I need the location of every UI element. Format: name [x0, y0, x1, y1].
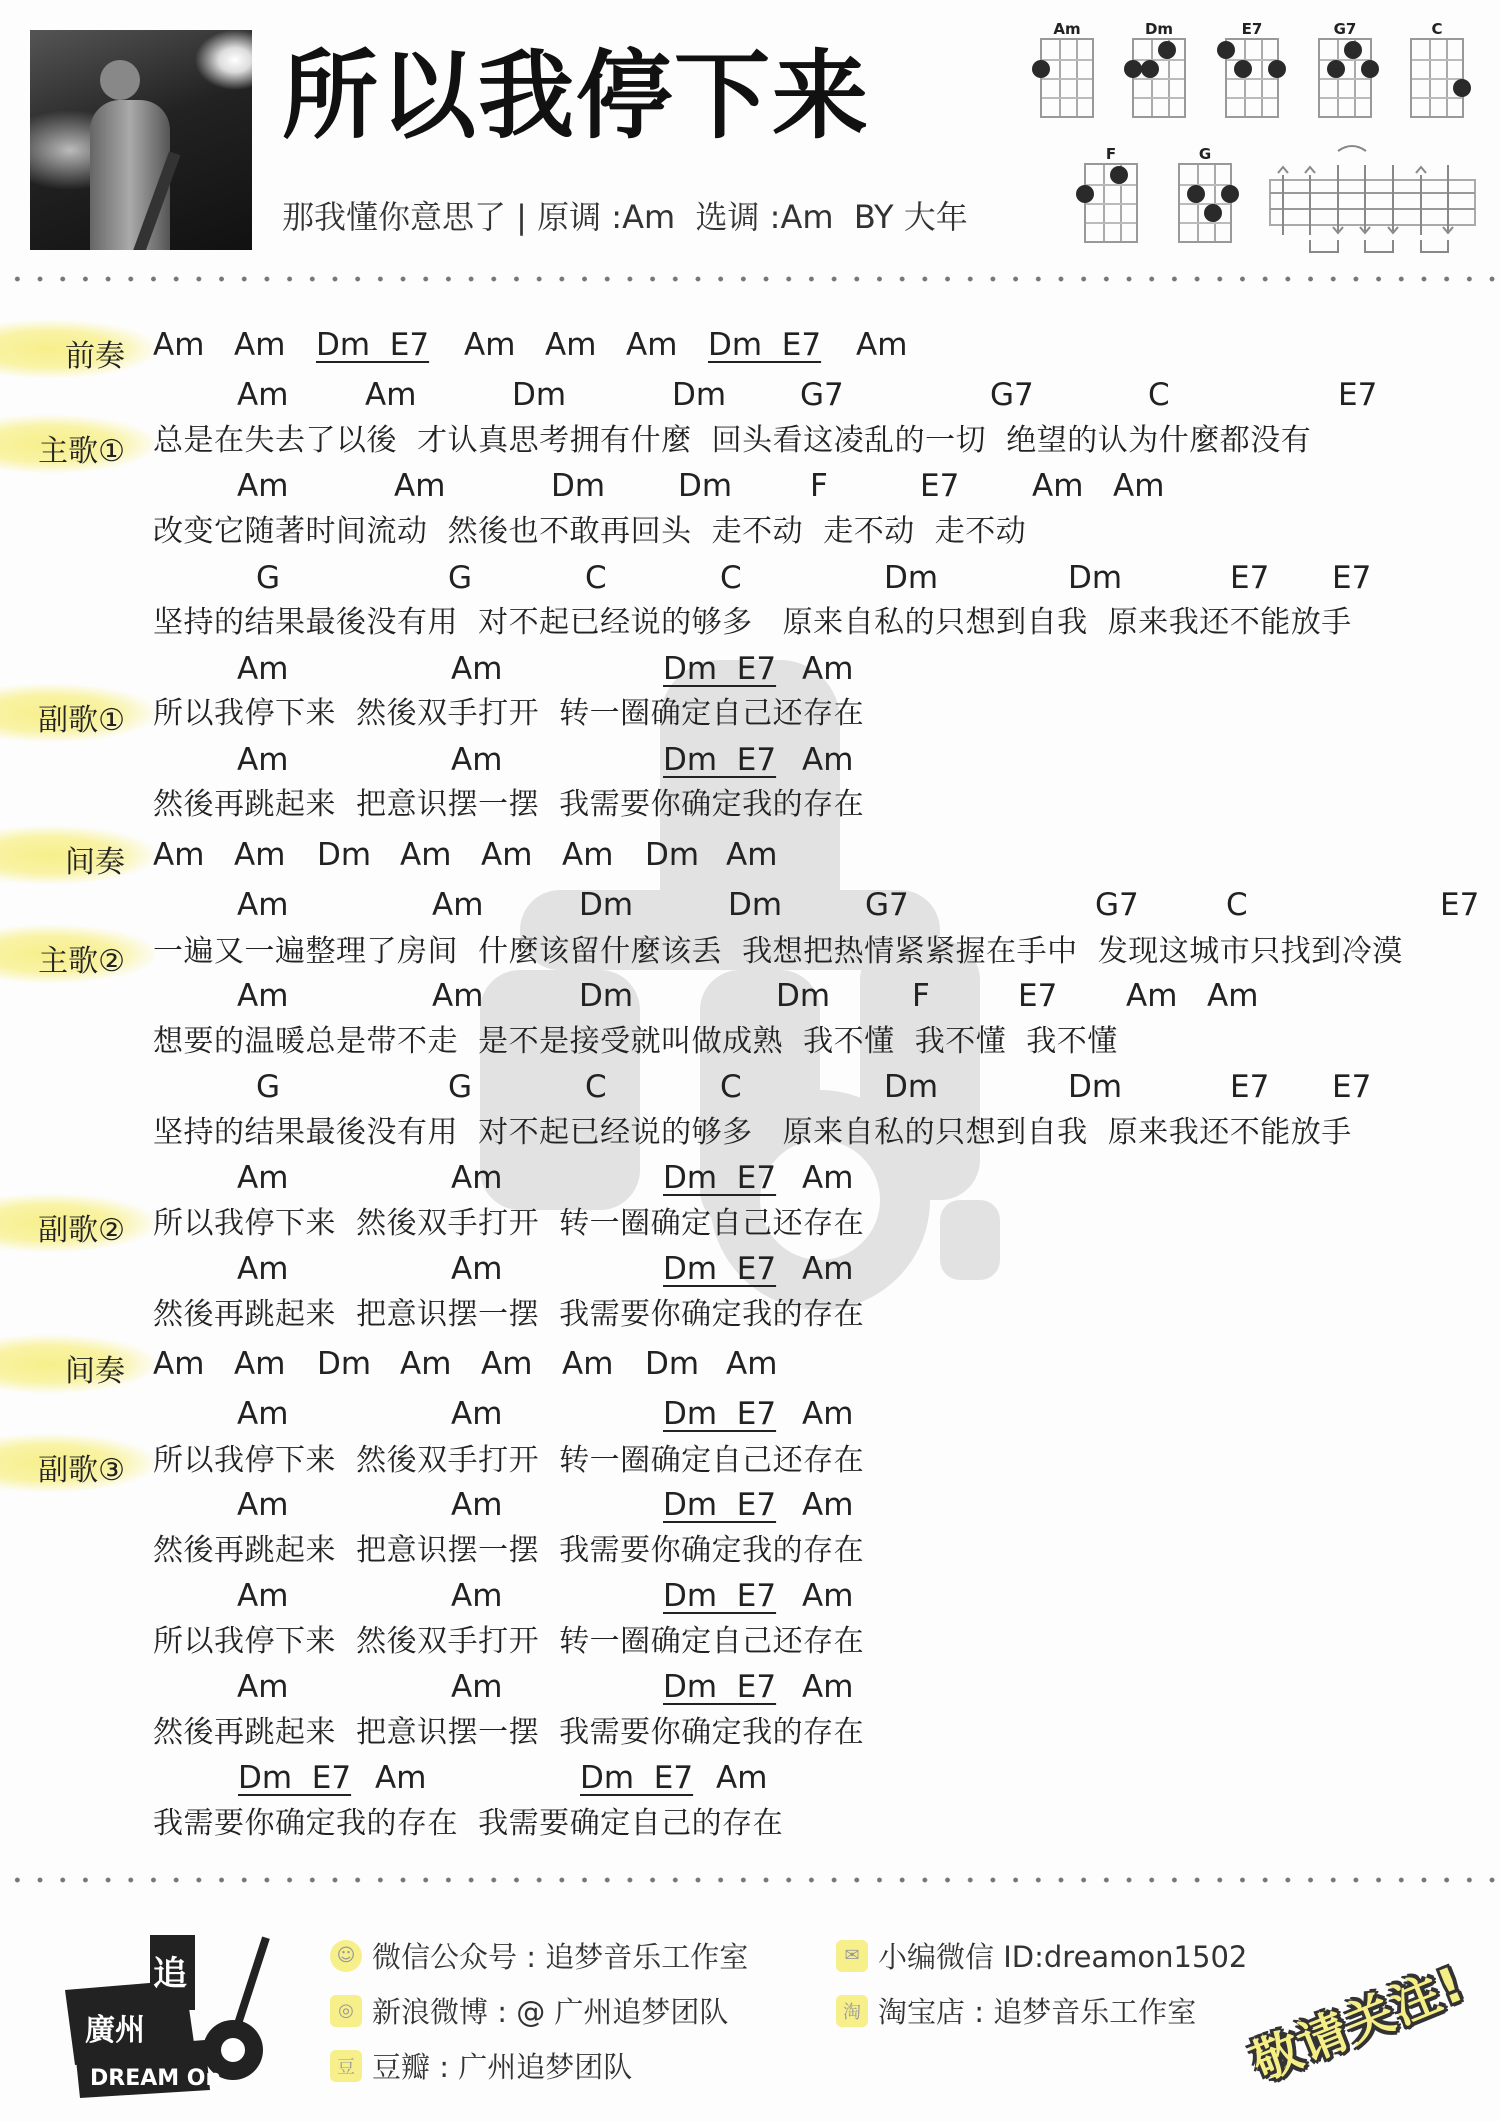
fretboard-grid — [1225, 38, 1279, 118]
finger-dot — [1124, 60, 1142, 78]
chord-line: GGCCDmDmE7E7 — [0, 1067, 1500, 1107]
lyric-text: 然後再跳起来 把意识摆一摆 我需要你确定我的存在 — [153, 785, 864, 825]
chord-diagram-f: F — [1080, 145, 1142, 243]
strum-pattern-icon — [1268, 135, 1498, 255]
chord-symbol: Dm — [579, 885, 633, 925]
lyric-line: 然後再跳起来 把意识摆一摆 我需要你确定我的存在 — [0, 785, 1500, 825]
lyric-line: 然後再跳起来 把意识摆一摆 我需要你确定我的存在 — [0, 1295, 1500, 1335]
chord-line: AmAmDm E7Am — [0, 1667, 1500, 1707]
chord-group-underlined: Dm E7 — [663, 1667, 776, 1707]
chord-symbol: Am — [716, 1758, 767, 1798]
chord-symbol: Am — [237, 1576, 288, 1616]
chord-symbol: Am — [802, 1158, 853, 1198]
chord-line: AmAmDm E7Am — [0, 649, 1500, 689]
lyric-text: 我需要你确定我的存在 我需要确定自己的存在 — [153, 1804, 783, 1844]
chord-symbol: E7 — [1230, 558, 1269, 598]
chord-group-underlined: Dm E7 — [663, 1394, 776, 1434]
chord-symbol: Am — [1126, 976, 1177, 1016]
chord-symbol: Am — [394, 466, 445, 506]
chord-symbol: G — [448, 558, 472, 598]
lyric-line: 然後再跳起来 把意识摆一摆 我需要你确定我的存在 — [0, 1531, 1500, 1571]
chord-symbol: Am — [153, 835, 204, 875]
footer-link: ☺微信公众号 : 追梦音乐工作室 — [330, 1935, 748, 1976]
chord-symbol: G7 — [1095, 885, 1139, 925]
fretboard-grid — [1410, 38, 1464, 118]
lyric-line: 然後再跳起来 把意识摆一摆 我需要你确定我的存在 — [0, 1713, 1500, 1753]
lyric-line: 一遍又一遍整理了房间 什麼该留什麼该丢 我想把热情紧紧握在手中 发现这城市只找到… — [0, 932, 1500, 972]
chord-symbol: Dm — [672, 375, 726, 415]
chord-symbol: Am — [234, 835, 285, 875]
chord-diagram-name: Dm — [1128, 20, 1190, 38]
chord-group-underlined: Dm E7 — [708, 325, 821, 365]
footer-link: ◎新浪微博 : @ 广州追梦团队 — [330, 1990, 748, 2031]
chord-symbol: Am — [237, 1667, 288, 1707]
lyric-text: 总是在失去了以後 才认真思考拥有什麼 回头看这凌乱的一切 绝望的认为什麼都没有 — [153, 421, 1311, 461]
chord-symbol: Am — [626, 325, 677, 365]
chord-symbol: Am — [237, 976, 288, 1016]
chord-symbol: Am — [545, 325, 596, 365]
chord-symbol: Am — [802, 1249, 853, 1289]
chord-symbol: E7 — [1332, 1067, 1371, 1107]
finger-dot — [1221, 185, 1239, 203]
lyric-text: 一遍又一遍整理了房间 什麼该留什麼该丢 我想把热情紧紧握在手中 发现这城市只找到… — [153, 932, 1403, 972]
chord-diagram-e7: E7 — [1221, 20, 1283, 118]
lyric-line: 改变它随著时间流动 然後也不敢再回头 走不动 走不动 走不动 — [0, 512, 1500, 552]
finger-dot — [1327, 60, 1345, 78]
chord-group-underlined: Dm E7 — [316, 325, 429, 365]
fretboard-grid — [1040, 38, 1094, 118]
chord-line: AmAmDmDmFE7AmAm — [0, 466, 1500, 506]
chord-symbol: Am — [237, 649, 288, 689]
chord-line: AmAmDmDmG7G7CE7 — [0, 885, 1500, 925]
lyric-line: 坚持的结果最後没有用 对不起已经说的够多 原来自私的只想到自我 原来我还不能放手 — [0, 1113, 1500, 1153]
footer-right-links: ✉小编微信 ID:dreamon1502淘淘宝店 : 追梦音乐工作室 — [836, 1935, 1247, 2031]
chord-symbol: Dm — [1068, 558, 1122, 598]
chord-group-underlined: Dm E7 — [663, 1576, 776, 1616]
chord-symbol: Dm — [884, 558, 938, 598]
chord-symbol: Am — [237, 375, 288, 415]
chord-symbol: Am — [856, 325, 907, 365]
chord-symbol: Dm — [776, 976, 830, 1016]
chord-diagram-name: E7 — [1221, 20, 1283, 38]
fretboard-grid — [1318, 38, 1372, 118]
lyric-line: 所以我停下来 然後双手打开 转一圈确定自己还存在 — [0, 1441, 1500, 1481]
chord-symbol: Am — [451, 1485, 502, 1525]
chord-symbol: G — [256, 1067, 280, 1107]
chord-symbol: Am — [365, 375, 416, 415]
lyric-line: 总是在失去了以後 才认真思考拥有什麼 回头看这凌乱的一切 绝望的认为什麼都没有 — [0, 421, 1500, 461]
finger-dot — [1141, 60, 1159, 78]
finger-dot — [1076, 185, 1094, 203]
chord-symbol: Am — [562, 835, 613, 875]
chord-symbol: Dm — [645, 1344, 699, 1384]
chord-symbol: G7 — [990, 375, 1034, 415]
chord-symbol: Am — [562, 1344, 613, 1384]
svg-text:廣州: 廣州 — [85, 2013, 145, 2048]
chord-diagram-c: C — [1406, 20, 1468, 118]
footer-link-text: 新浪微博 : @ 广州追梦团队 — [372, 1990, 728, 2031]
lyric-line: 所以我停下来 然後双手打开 转一圈确定自己还存在 — [0, 694, 1500, 734]
lyric-line: 坚持的结果最後没有用 对不起已经说的够多 原来自私的只想到自我 原来我还不能放手 — [0, 603, 1500, 643]
lyric-text: 然後再跳起来 把意识摆一摆 我需要你确定我的存在 — [153, 1531, 864, 1571]
chord-symbol: C — [720, 558, 742, 598]
chord-symbol: C — [1148, 375, 1170, 415]
chord-symbol: Am — [802, 1485, 853, 1525]
chord-symbol: Am — [432, 976, 483, 1016]
chord-symbol: C — [585, 1067, 607, 1107]
lyric-text: 坚持的结果最後没有用 对不起已经说的够多 原来自私的只想到自我 原来我还不能放手 — [153, 1113, 1352, 1153]
chord-symbol: Am — [481, 835, 532, 875]
lyric-line: 我需要你确定我的存在 我需要确定自己的存在 — [0, 1804, 1500, 1844]
chord-symbol: Am — [400, 835, 451, 875]
chord-symbol: Am — [451, 1158, 502, 1198]
photo-figure-body — [90, 100, 170, 250]
lyric-text: 所以我停下来 然後双手打开 转一圈确定自己还存在 — [153, 694, 864, 734]
footer-link: 淘淘宝店 : 追梦音乐工作室 — [836, 1990, 1247, 2031]
chord-diagram-name: G — [1174, 145, 1236, 163]
chord-group-underlined: Dm E7 — [238, 1758, 351, 1798]
lyric-line: 所以我停下来 然後双手打开 转一圈确定自己还存在 — [0, 1204, 1500, 1244]
finger-dot — [1361, 60, 1379, 78]
chord-symbol: E7 — [920, 466, 959, 506]
footer-link: ✉小编微信 ID:dreamon1502 — [836, 1935, 1247, 1976]
finger-dot — [1110, 166, 1128, 184]
chord-diagram-name: Am — [1036, 20, 1098, 38]
lyric-text: 所以我停下来 然後双手打开 转一圈确定自己还存在 — [153, 1622, 864, 1662]
chord-diagram-name: F — [1080, 145, 1142, 163]
chord-symbol: F — [810, 466, 828, 506]
chord-symbol: Am — [802, 649, 853, 689]
chord-line: AmAmDm E7Am — [0, 1394, 1500, 1434]
chord-symbol: Am — [237, 1249, 288, 1289]
chord-symbol: Am — [726, 1344, 777, 1384]
chord-symbol: Am — [237, 740, 288, 780]
footer-link-text: 豆瓣 : 广州追梦团队 — [372, 2045, 632, 2086]
lyric-text: 然後再跳起来 把意识摆一摆 我需要你确定我的存在 — [153, 1295, 864, 1335]
chord-symbol: Am — [464, 325, 515, 365]
divider-bottom — [0, 1877, 1500, 1883]
chord-line: AmAmDmDmG7G7CE7 — [0, 375, 1500, 415]
chord-symbol: Am — [237, 1158, 288, 1198]
chord-symbol: Dm — [317, 835, 371, 875]
fretboard-grid — [1084, 163, 1138, 243]
finger-dot — [1204, 204, 1222, 222]
chord-symbol: Am — [153, 1344, 204, 1384]
chord-symbol: Dm — [551, 466, 605, 506]
chord-symbol: Am — [234, 1344, 285, 1384]
chord-line: AmAmDm E7Am — [0, 1249, 1500, 1289]
chord-diagram-am: Am — [1036, 20, 1098, 118]
wechat-icon: ✉ — [836, 1940, 868, 1972]
chord-symbol: Dm — [1068, 1067, 1122, 1107]
chord-symbol: Am — [400, 1344, 451, 1384]
chord-group-underlined: Dm E7 — [663, 740, 776, 780]
douban-icon: 豆 — [330, 2050, 362, 2082]
chord-line: AmAmDm E7AmAmAmDm E7Am — [0, 325, 1500, 365]
chord-symbol: G — [256, 558, 280, 598]
finger-dot — [1268, 60, 1286, 78]
chord-line: AmAmDmAmAmAmDmAm — [0, 835, 1500, 875]
chord-symbol: Dm — [512, 375, 566, 415]
chord-diagram-g7: G7 — [1314, 20, 1376, 118]
finger-dot — [1032, 60, 1050, 78]
chord-symbol: Dm — [579, 976, 633, 1016]
chord-symbol: C — [720, 1067, 742, 1107]
song-title: 所以我停下来 — [282, 48, 870, 144]
chord-line: AmAmDm E7Am — [0, 1485, 1500, 1525]
chord-symbol: E7 — [1338, 375, 1377, 415]
footer-link-text: 小编微信 ID:dreamon1502 — [878, 1935, 1247, 1976]
taobao-icon: 淘 — [836, 1995, 868, 2027]
chord-group-underlined: Dm E7 — [663, 1158, 776, 1198]
chord-diagram-dm: Dm — [1128, 20, 1190, 118]
finger-dot — [1158, 41, 1176, 59]
lyric-text: 所以我停下来 然後双手打开 转一圈确定自己还存在 — [153, 1441, 864, 1481]
chord-group-underlined: Dm E7 — [580, 1758, 693, 1798]
chord-line: Dm E7AmDm E7Am — [0, 1758, 1500, 1798]
chord-symbol: E7 — [1230, 1067, 1269, 1107]
lyric-text: 然後再跳起来 把意识摆一摆 我需要你确定我的存在 — [153, 1713, 864, 1753]
chord-symbol: Am — [375, 1758, 426, 1798]
footer-link: 豆豆瓣 : 广州追梦团队 — [330, 2045, 748, 2086]
chord-symbol: Am — [237, 1394, 288, 1434]
chord-symbol: F — [912, 976, 930, 1016]
chord-symbol: Dm — [317, 1344, 371, 1384]
chord-line: AmAmDm E7Am — [0, 1576, 1500, 1616]
chord-symbol: Am — [237, 466, 288, 506]
chord-symbol: Am — [1207, 976, 1258, 1016]
lyric-line: 想要的温暖总是带不走 是不是接受就叫做成熟 我不懂 我不懂 我不懂 — [0, 1022, 1500, 1062]
chord-symbol: Am — [234, 325, 285, 365]
chord-symbol: Am — [451, 1394, 502, 1434]
chord-symbol: Am — [451, 1576, 502, 1616]
chord-diagram-name: C — [1406, 20, 1468, 38]
finger-dot — [1344, 41, 1362, 59]
weibo-icon: ◎ — [330, 1995, 362, 2027]
chord-symbol: Am — [451, 1667, 502, 1707]
smiley-icon: ☺ — [330, 1940, 362, 1972]
lyric-text: 改变它随著时间流动 然後也不敢再回头 走不动 走不动 走不动 — [153, 512, 1026, 552]
chord-symbol: G7 — [865, 885, 909, 925]
lyric-line: 所以我停下来 然後双手打开 转一圈确定自己还存在 — [0, 1622, 1500, 1662]
song-subtitle: 那我懂你意思了 | 原调 :Am 选调 :Am BY 大年 — [282, 192, 968, 238]
fretboard-grid — [1132, 38, 1186, 118]
lyric-text: 所以我停下来 然後双手打开 转一圈确定自己还存在 — [153, 1204, 864, 1244]
finger-dot — [1234, 60, 1252, 78]
dream-on-logo-icon: DREAM On 廣州 追 — [55, 1930, 295, 2100]
chord-symbol: Am — [237, 1485, 288, 1525]
chord-symbol: Am — [153, 325, 204, 365]
lyric-text: 坚持的结果最後没有用 对不起已经说的够多 原来自私的只想到自我 原来我还不能放手 — [153, 603, 1352, 643]
chord-group-underlined: Dm E7 — [663, 1249, 776, 1289]
footer-left-links: ☺微信公众号 : 追梦音乐工作室◎新浪微博 : @ 广州追梦团队豆豆瓣 : 广州… — [330, 1935, 748, 2086]
chord-symbol: C — [1226, 885, 1248, 925]
divider-top — [0, 276, 1500, 282]
chord-diagram-g: G — [1174, 145, 1236, 243]
chord-symbol: Dm — [884, 1067, 938, 1107]
chord-symbol: E7 — [1018, 976, 1057, 1016]
chord-symbol: Am — [481, 1344, 532, 1384]
artist-photo — [30, 30, 252, 250]
footer-link-text: 微信公众号 : 追梦音乐工作室 — [372, 1935, 748, 1976]
chord-symbol: C — [585, 558, 607, 598]
chord-symbol: Am — [802, 740, 853, 780]
chord-symbol: Dm — [678, 466, 732, 506]
chord-line: AmAmDmDmFE7AmAm — [0, 976, 1500, 1016]
chord-line: AmAmDm E7Am — [0, 1158, 1500, 1198]
photo-figure-head — [100, 60, 140, 100]
finger-dot — [1453, 79, 1471, 97]
chord-symbol: Am — [451, 649, 502, 689]
chord-line: AmAmDm E7Am — [0, 740, 1500, 780]
chord-symbol: G — [448, 1067, 472, 1107]
svg-text:追: 追 — [153, 1954, 187, 1994]
chord-group-underlined: Dm E7 — [663, 1485, 776, 1525]
logo-text-bottom: DREAM On — [90, 2066, 221, 2091]
chord-symbol: G7 — [800, 375, 844, 415]
chord-symbol: Am — [1032, 466, 1083, 506]
chord-group-underlined: Dm E7 — [663, 649, 776, 689]
follow-stamp: 敬请关注! — [1240, 1946, 1473, 2094]
chord-symbol: Am — [451, 740, 502, 780]
chord-symbol: Am — [1113, 466, 1164, 506]
fretboard-grid — [1178, 163, 1232, 243]
chord-line: GGCCDmDmE7E7 — [0, 558, 1500, 598]
chord-symbol: Dm — [645, 835, 699, 875]
footer-link-text: 淘宝店 : 追梦音乐工作室 — [878, 1990, 1196, 2031]
chord-symbol: Am — [802, 1576, 853, 1616]
lyric-text: 想要的温暖总是带不走 是不是接受就叫做成熟 我不懂 我不懂 我不懂 — [153, 1022, 1118, 1062]
chord-symbol: E7 — [1332, 558, 1371, 598]
finger-dot — [1217, 41, 1235, 59]
chord-symbol: E7 — [1440, 885, 1479, 925]
chord-line: AmAmDmAmAmAmDmAm — [0, 1344, 1500, 1384]
chord-symbol: Dm — [728, 885, 782, 925]
chord-symbol: Am — [451, 1249, 502, 1289]
chord-diagram-name: G7 — [1314, 20, 1376, 38]
chord-symbol: Am — [802, 1394, 853, 1434]
chord-symbol: Am — [237, 885, 288, 925]
chord-symbol: Am — [432, 885, 483, 925]
chord-symbol: Am — [802, 1667, 853, 1707]
chord-symbol: Am — [726, 835, 777, 875]
finger-dot — [1187, 185, 1205, 203]
